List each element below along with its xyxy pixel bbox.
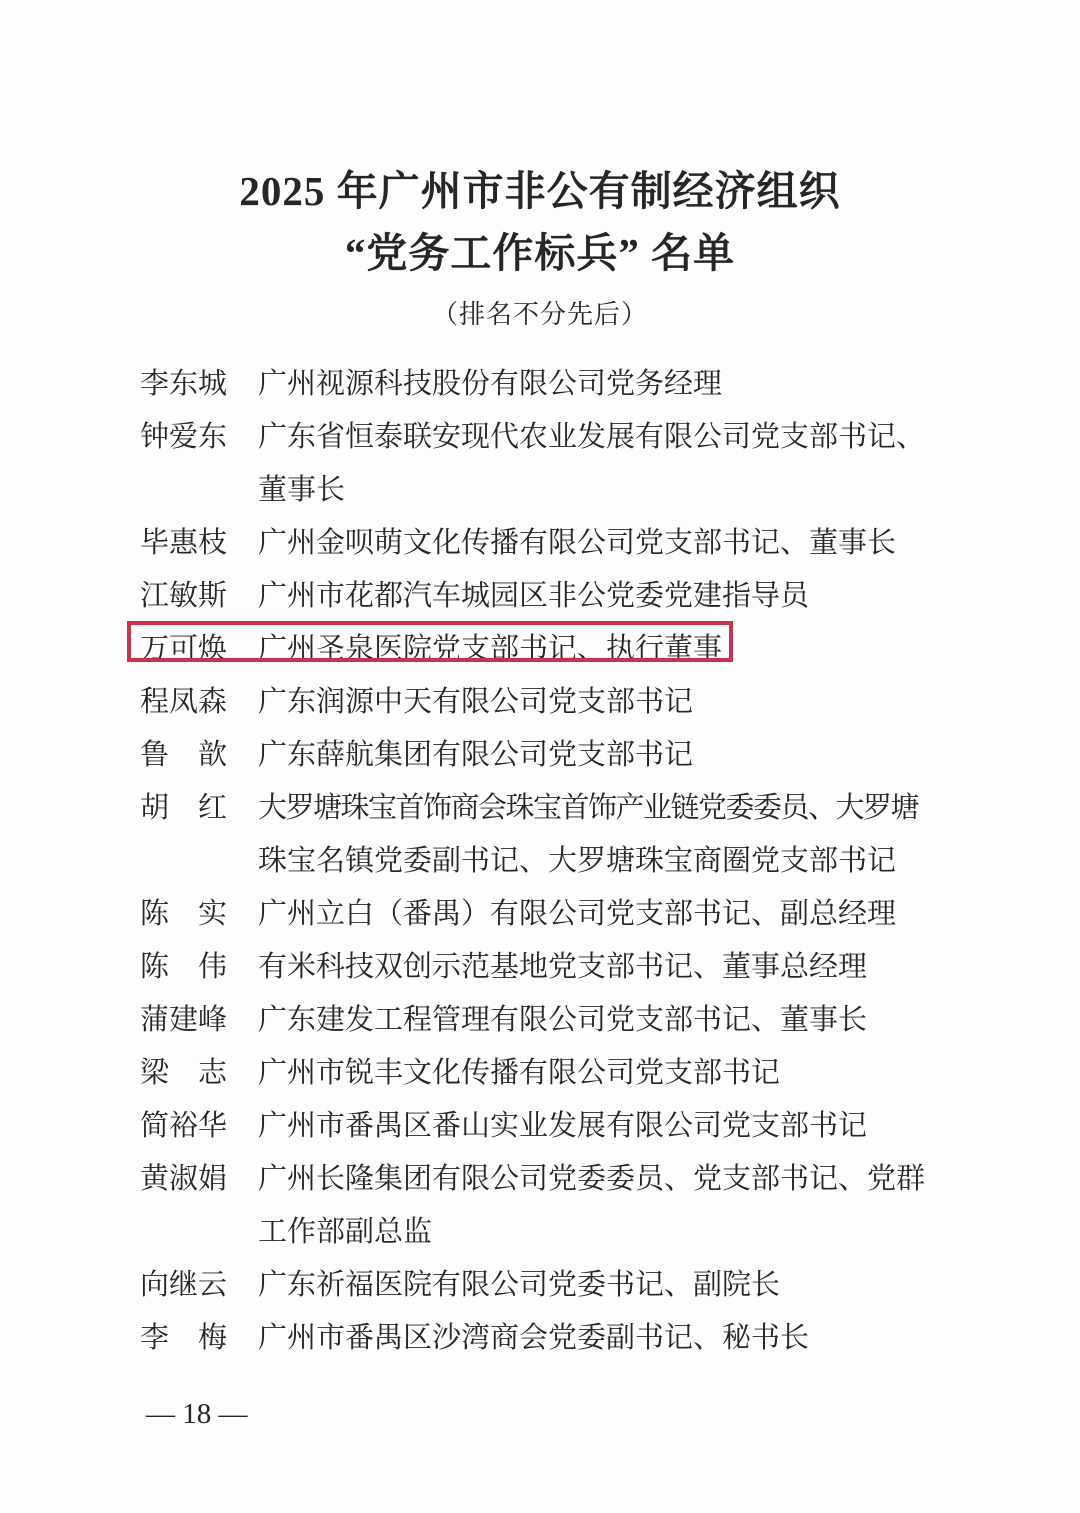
position-line: 广东祈福医院有限公司党委书记、副院长 [258, 1259, 940, 1312]
entry-name: 黄淑娟 [140, 1153, 230, 1206]
roster-entry: 陈 伟 有米科技双创示范基地党支部书记、董事总经理 [140, 941, 940, 994]
roster-entry: 梁 志 广州市锐丰文化传播有限公司党支部书记 [140, 1047, 940, 1100]
position-line: 广州市番禺区沙湾商会党委副书记、秘书长 [258, 1312, 940, 1365]
roster-entry: 蒲建峰 广东建发工程管理有限公司党支部书记、董事长 [140, 994, 940, 1047]
position-line: 广州市锐丰文化传播有限公司党支部书记 [258, 1047, 940, 1100]
entry-positions: 广州市锐丰文化传播有限公司党支部书记 [258, 1047, 940, 1100]
entry-name: 钟爱东 [140, 411, 230, 464]
roster-entry: 陈 实 广州立白（番禺）有限公司党支部书记、副总经理 [140, 888, 940, 941]
entry-positions: 广东建发工程管理有限公司党支部书记、董事长 [258, 994, 940, 1047]
entry-name: 陈 伟 [140, 941, 230, 994]
entry-positions: 广州圣泉医院党支部书记、执行董事 [258, 623, 940, 676]
position-line: 广东省恒泰联安现代农业发展有限公司党支部书记、 [258, 411, 940, 464]
roster-entry: 简裕华 广州市番禺区番山实业发展有限公司党支部书记 [140, 1100, 940, 1153]
position-line: 广东润源中天有限公司党支部书记 [258, 676, 940, 729]
roster-entry: 万可焕 广州圣泉医院党支部书记、执行董事 [140, 623, 940, 676]
entry-name: 万可焕 [140, 623, 230, 676]
roster-entry: 向继云 广东祈福医院有限公司党委书记、副院长 [140, 1259, 940, 1312]
roster-entry: 江敏斯 广州市花都汽车城园区非公党委党建指导员 [140, 570, 940, 623]
entry-name: 蒲建峰 [140, 994, 230, 1047]
position-line: 广东建发工程管理有限公司党支部书记、董事长 [258, 994, 940, 1047]
position-line: 珠宝名镇党委副书记、大罗塘珠宝商圈党支部书记 [258, 835, 940, 888]
roster-entry: 黄淑娟 广州长隆集团有限公司党委委员、党支部书记、党群工作部副总监 [140, 1153, 940, 1259]
entry-positions: 广东祈福医院有限公司党委书记、副院长 [258, 1259, 940, 1312]
page-title-line2: “党务工作标兵” 名单 [0, 222, 1080, 284]
entry-positions: 广东薛航集团有限公司党支部书记 [258, 729, 940, 782]
entry-name: 李东城 [140, 358, 230, 411]
entry-name: 胡 红 [140, 782, 230, 835]
position-line: 广州长隆集团有限公司党委委员、党支部书记、党群 [258, 1153, 940, 1206]
roster-entry: 李 梅 广州市番禺区沙湾商会党委副书记、秘书长 [140, 1312, 940, 1365]
position-line: 广州立白（番禺）有限公司党支部书记、副总经理 [258, 888, 940, 941]
entry-name: 鲁 歆 [140, 729, 230, 782]
entry-positions: 广州市番禺区番山实业发展有限公司党支部书记 [258, 1100, 940, 1153]
roster-entry: 李东城 广州视源科技股份有限公司党务经理 [140, 358, 940, 411]
roster-entry: 程凤森 广东润源中天有限公司党支部书记 [140, 676, 940, 729]
roster-entry: 胡 红 大罗塘珠宝首饰商会珠宝首饰产业链党委委员、大罗塘珠宝名镇党委副书记、大罗… [140, 782, 940, 888]
position-line: 广州市花都汽车城园区非公党委党建指导员 [258, 570, 940, 623]
entry-name: 梁 志 [140, 1047, 230, 1100]
position-line: 工作部副总监 [258, 1206, 940, 1259]
position-line: 广州视源科技股份有限公司党务经理 [258, 358, 940, 411]
position-line: 广州圣泉医院党支部书记、执行董事 [258, 623, 940, 676]
roster-entry: 毕惠枝 广州金呗萌文化传播有限公司党支部书记、董事长 [140, 517, 940, 570]
position-line: 董事长 [258, 464, 940, 517]
entry-name: 简裕华 [140, 1100, 230, 1153]
entry-positions: 广州立白（番禺）有限公司党支部书记、副总经理 [258, 888, 940, 941]
page-title-line1: 2025 年广州市非公有制经济组织 [0, 160, 1080, 222]
title-block: 2025 年广州市非公有制经济组织 “党务工作标兵” 名单 （排名不分先后） [0, 160, 1080, 332]
entry-name: 程凤森 [140, 676, 230, 729]
document-page: { "document": { "title_line1": "2025 年广州… [0, 0, 1080, 1513]
entry-positions: 广东省恒泰联安现代农业发展有限公司党支部书记、董事长 [258, 411, 940, 517]
entry-positions: 广东润源中天有限公司党支部书记 [258, 676, 940, 729]
entry-positions: 广州视源科技股份有限公司党务经理 [258, 358, 940, 411]
entry-name: 毕惠枝 [140, 517, 230, 570]
entry-positions: 广州金呗萌文化传播有限公司党支部书记、董事长 [258, 517, 940, 570]
page-subtitle: （排名不分先后） [0, 298, 1080, 332]
page-number: — 18 — [146, 1396, 248, 1432]
position-line: 大罗塘珠宝首饰商会珠宝首饰产业链党委委员、大罗塘 [258, 782, 940, 835]
entry-positions: 有米科技双创示范基地党支部书记、董事总经理 [258, 941, 940, 994]
entry-positions: 大罗塘珠宝首饰商会珠宝首饰产业链党委委员、大罗塘珠宝名镇党委副书记、大罗塘珠宝商… [258, 782, 940, 888]
entry-name: 向继云 [140, 1259, 230, 1312]
entry-name: 李 梅 [140, 1312, 230, 1365]
entry-name: 江敏斯 [140, 570, 230, 623]
position-line: 广州市番禺区番山实业发展有限公司党支部书记 [258, 1100, 940, 1153]
roster-list: 李东城 广州视源科技股份有限公司党务经理 钟爱东 广东省恒泰联安现代农业发展有限… [140, 358, 940, 1365]
entry-positions: 广州长隆集团有限公司党委委员、党支部书记、党群工作部副总监 [258, 1153, 940, 1259]
entry-positions: 广州市番禺区沙湾商会党委副书记、秘书长 [258, 1312, 940, 1365]
position-line: 有米科技双创示范基地党支部书记、董事总经理 [258, 941, 940, 994]
roster-entry: 鲁 歆 广东薛航集团有限公司党支部书记 [140, 729, 940, 782]
entry-positions: 广州市花都汽车城园区非公党委党建指导员 [258, 570, 940, 623]
position-line: 广东薛航集团有限公司党支部书记 [258, 729, 940, 782]
position-line: 广州金呗萌文化传播有限公司党支部书记、董事长 [258, 517, 940, 570]
roster-entry: 钟爱东 广东省恒泰联安现代农业发展有限公司党支部书记、董事长 [140, 411, 940, 517]
entry-name: 陈 实 [140, 888, 230, 941]
